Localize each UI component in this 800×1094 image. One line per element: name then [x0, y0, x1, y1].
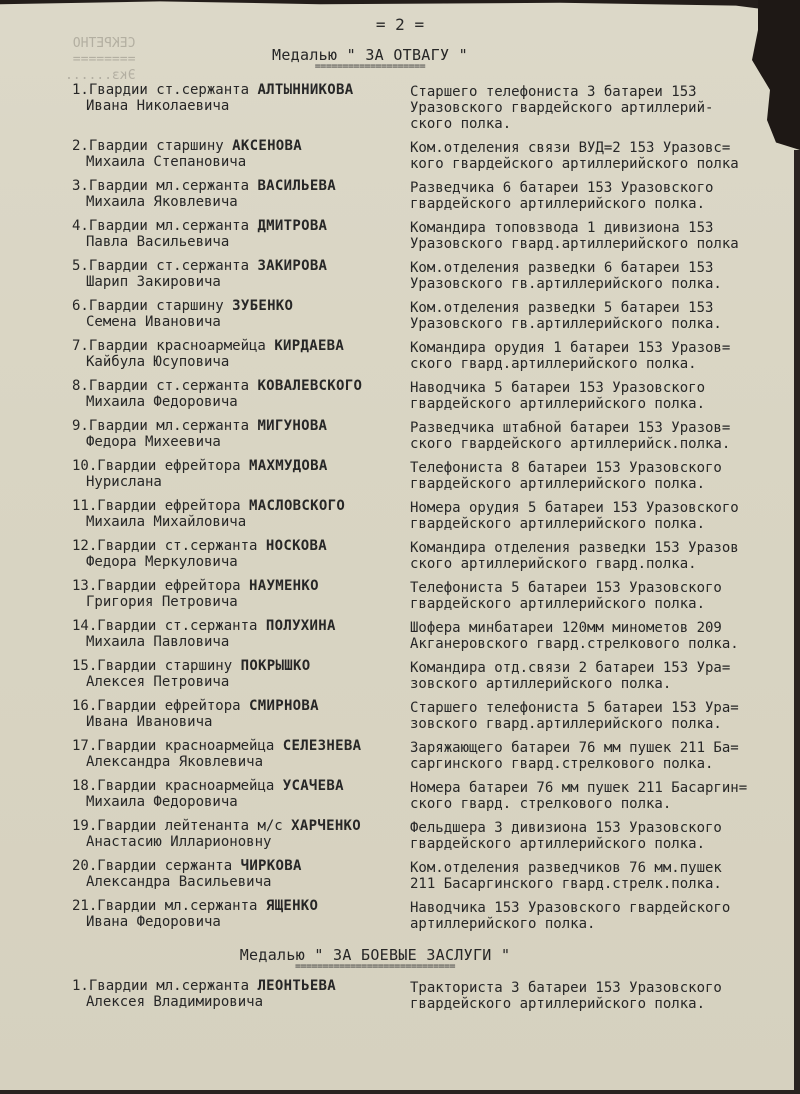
given-name: Шарип Закировича [72, 274, 412, 290]
position-description: Старшего телефониста 5 батареи 153 Ура=з… [410, 700, 800, 732]
surname: ДМИТРОВА [257, 218, 327, 234]
recipient-name: 1.Гвардии мл.сержанта ЛЕОНТЬЕВААлексея В… [72, 978, 412, 1010]
rank: Гвардии старшину [89, 138, 224, 154]
award-entry: 5.Гвардии ст.сержанта ЗАКИРОВАШарип Заки… [0, 258, 800, 298]
position-description: Наводчика 153 Уразовского гвардейскогоар… [410, 900, 800, 932]
surname: СЕЛЕЗНЕВА [283, 738, 362, 754]
entry-number: 19. [72, 818, 97, 834]
position-description: Командира отделения разведки 153 Уразовс… [410, 540, 800, 572]
position-description: Командира орудия 1 батареи 153 Уразов=ск… [410, 340, 800, 372]
surname: УСАЧЕВА [283, 778, 344, 794]
rank: Гвардии старшину [89, 298, 224, 314]
position-description: Старшего телефониста 3 батареи 153Уразов… [410, 84, 800, 132]
rank: Гвардии лейтенанта м/с [97, 818, 282, 834]
rank: Гвардии красноармейца [89, 338, 266, 354]
award-entry: 2.Гвардии старшину АКСЕНОВАМихаила Степа… [0, 138, 800, 178]
given-name: Алексея Владимировича [72, 994, 412, 1010]
surname: СМИРНОВА [249, 698, 319, 714]
rank: Гвардии красноармейца [97, 738, 274, 754]
recipient-name: 1.Гвардии ст.сержанта АЛТЫННИКОВАИвана Н… [72, 82, 412, 114]
position-description: Телефониста 5 батареи 153 Уразовскогогва… [410, 580, 800, 612]
given-name: Алексея Петровича [72, 674, 412, 690]
entry-number: 11. [72, 498, 97, 514]
given-name: Анастасию Илларионовну [72, 834, 412, 850]
rank: Гвардии мл.сержанта [97, 898, 257, 914]
entry-number: 7. [72, 338, 89, 354]
surname: МАСЛОВСКОГО [249, 498, 345, 514]
entry-number: 3. [72, 178, 89, 194]
position-description: Тракториста 3 батареи 153 Уразовскогогва… [410, 980, 800, 1012]
surname: АЛТЫННИКОВА [257, 82, 353, 98]
rank: Гвардии красноармейца [97, 778, 274, 794]
recipient-name: 2.Гвардии старшину АКСЕНОВАМихаила Степа… [72, 138, 412, 170]
position-description: Командира отд.связи 2 батареи 153 Ура=зо… [410, 660, 800, 692]
recipient-name: 5.Гвардии ст.сержанта ЗАКИРОВАШарип Заки… [72, 258, 412, 290]
recipient-name: 18.Гвардии красноармейца УСАЧЕВАМихаила … [72, 778, 412, 810]
award-entry: 10.Гвардии ефрейтора МАХМУДОВАНурисланаТ… [0, 458, 800, 498]
margin-stamp: СЕКРЕТНО ======== Экз...... [65, 36, 135, 84]
award-entry: 14.Гвардии ст.сержанта ПОЛУХИНАМихаила П… [0, 618, 800, 658]
recipient-name: 3.Гвардии мл.сержанта ВАСИЛЬЕВАМихаила Я… [72, 178, 412, 210]
entry-number: 16. [72, 698, 97, 714]
given-name: Григория Петровича [72, 594, 412, 610]
surname: МАХМУДОВА [249, 458, 328, 474]
given-name: Ивана Федоровича [72, 914, 412, 930]
title-underline: ============================= [220, 964, 530, 970]
given-name: Семена Ивановича [72, 314, 412, 330]
position-description: Разведчика штабной батареи 153 Уразов=ск… [410, 420, 800, 452]
given-name: Александра Васильевича [72, 874, 412, 890]
rank: Гвардии ст.сержанта [89, 82, 249, 98]
rank: Гвардии ефрейтора [97, 498, 240, 514]
recipient-name: 21.Гвардии мл.сержанта ЯЩЕНКОИвана Федор… [72, 898, 412, 930]
entry-number: 8. [72, 378, 89, 394]
surname: ЗУБЕНКО [232, 298, 293, 314]
entry-number: 4. [72, 218, 89, 234]
given-name: Михаила Степановича [72, 154, 412, 170]
given-name: Михаила Павловича [72, 634, 412, 650]
given-name: Михаила Федоровича [72, 794, 412, 810]
given-name: Ивана Николаевича [72, 98, 412, 114]
award-entry: 3.Гвардии мл.сержанта ВАСИЛЬЕВАМихаила Я… [0, 178, 800, 218]
position-description: Ком.отделения разведки 6 батареи 153Ураз… [410, 260, 800, 292]
given-name: Ивана Ивановича [72, 714, 412, 730]
position-description: Заряжающего батареи 76 мм пушек 211 Ба=с… [410, 740, 800, 772]
recipient-name: 16.Гвардии ефрейтора СМИРНОВАИвана Ивано… [72, 698, 412, 730]
given-name: Михаила Яковлевича [72, 194, 412, 210]
award-entry: 17.Гвардии красноармейца СЕЛЕЗНЕВААлекса… [0, 738, 800, 778]
entry-number: 9. [72, 418, 89, 434]
award-entry: 21.Гвардии мл.сержанта ЯЩЕНКОИвана Федор… [0, 898, 800, 938]
document-page: СЕКРЕТНО ======== Экз...... = 2 = Медаль… [0, 0, 800, 1094]
entry-number: 18. [72, 778, 97, 794]
award-entry: 1.Гвардии ст.сержанта АЛТЫННИКОВАИвана Н… [0, 82, 800, 122]
recipient-name: 13.Гвардии ефрейтора НАУМЕНКОГригория Пе… [72, 578, 412, 610]
award-entry: 9.Гвардии мл.сержанта МИГУНОВАФедора Мих… [0, 418, 800, 458]
recipient-name: 12.Гвардии ст.сержанта НОСКОВАФедора Мер… [72, 538, 412, 570]
recipient-name: 20.Гвардии сержанта ЧИРКОВААлександра Ва… [72, 858, 412, 890]
entry-number: 20. [72, 858, 97, 874]
position-description: Ком.отделения разведки 5 батареи 153Ураз… [410, 300, 800, 332]
award-entry: 15.Гвардии старшину ПОКРЫШКОАлексея Петр… [0, 658, 800, 698]
torn-top-edge [0, 0, 800, 14]
title-underline: ==================== [250, 64, 490, 70]
surname: ЧИРКОВА [241, 858, 302, 874]
surname: ПОЛУХИНА [266, 618, 336, 634]
rank: Гвардии ефрейтора [97, 698, 240, 714]
award-entry: 11.Гвардии ефрейтора МАСЛОВСКОГОМихаила … [0, 498, 800, 538]
recipient-name: 8.Гвардии ст.сержанта КОВАЛЕВСКОГОМихаил… [72, 378, 412, 410]
rank: Гвардии ст.сержанта [97, 618, 257, 634]
surname: ПОКРЫШКО [241, 658, 311, 674]
rank: Гвардии старшину [97, 658, 232, 674]
award-entry: 13.Гвардии ефрейтора НАУМЕНКОГригория Пе… [0, 578, 800, 618]
award-entry: 4.Гвардии мл.сержанта ДМИТРОВАПавла Васи… [0, 218, 800, 258]
surname: КОВАЛЕВСКОГО [257, 378, 362, 394]
entry-number: 21. [72, 898, 97, 914]
section-title-za-otvagu: Медалью " ЗА ОТВАГУ " ==================… [250, 46, 490, 70]
surname: ХАРЧЕНКО [291, 818, 361, 834]
recipient-name: 17.Гвардии красноармейца СЕЛЕЗНЕВААлекса… [72, 738, 412, 770]
position-description: Командира топовзвода 1 дивизиона 153Ураз… [410, 220, 800, 252]
rank: Гвардии ст.сержанта [89, 378, 249, 394]
given-name: Александра Яковлевича [72, 754, 412, 770]
page-number: = 2 = [0, 15, 800, 34]
surname: ЯЩЕНКО [266, 898, 318, 914]
entry-number: 5. [72, 258, 89, 274]
given-name: Федора Михеевича [72, 434, 412, 450]
award-entry: 1.Гвардии мл.сержанта ЛЕОНТЬЕВААлексея В… [0, 978, 800, 1018]
award-entry: 16.Гвардии ефрейтора СМИРНОВАИвана Ивано… [0, 698, 800, 738]
recipient-name: 4.Гвардии мл.сержанта ДМИТРОВАПавла Васи… [72, 218, 412, 250]
recipient-name: 6.Гвардии старшину ЗУБЕНКОСемена Иванови… [72, 298, 412, 330]
section-title-za-boevye-zaslugi: Медалью " ЗА БОЕВЫЕ ЗАСЛУГИ " ==========… [220, 946, 530, 970]
surname: ЗАКИРОВА [257, 258, 327, 274]
rank: Гвардии ст.сержанта [97, 538, 257, 554]
recipient-name: 9.Гвардии мл.сержанта МИГУНОВАФедора Мих… [72, 418, 412, 450]
award-entry: 12.Гвардии ст.сержанта НОСКОВАФедора Мер… [0, 538, 800, 578]
position-description: Шофера минбатареи 120мм минометов 209Акг… [410, 620, 800, 652]
rank: Гвардии ефрейтора [97, 578, 240, 594]
rank: Гвардии ст.сержанта [89, 258, 249, 274]
entry-number: 10. [72, 458, 97, 474]
position-description: Телефониста 8 батареи 153 Уразовскогогва… [410, 460, 800, 492]
surname: НОСКОВА [266, 538, 327, 554]
recipient-name: 14.Гвардии ст.сержанта ПОЛУХИНАМихаила П… [72, 618, 412, 650]
rank: Гвардии мл.сержанта [89, 978, 249, 994]
position-description: Наводчика 5 батареи 153 Уразовскогогвард… [410, 380, 800, 412]
award-entry: 8.Гвардии ст.сержанта КОВАЛЕВСКОГОМихаил… [0, 378, 800, 418]
given-name: Михаила Михайловича [72, 514, 412, 530]
entry-number: 17. [72, 738, 97, 754]
entry-number: 14. [72, 618, 97, 634]
entry-number: 6. [72, 298, 89, 314]
entry-number: 1. [72, 82, 89, 98]
recipient-name: 10.Гвардии ефрейтора МАХМУДОВАНурислана [72, 458, 412, 490]
position-description: Ком.отделения связи ВУД=2 153 Уразовс=ко… [410, 140, 800, 172]
award-entry: 7.Гвардии красноармейца КИРДАЕВАКайбула … [0, 338, 800, 378]
surname: АКСЕНОВА [232, 138, 302, 154]
given-name: Павла Васильевича [72, 234, 412, 250]
award-entry: 18.Гвардии красноармейца УСАЧЕВАМихаила … [0, 778, 800, 818]
given-name: Федора Меркуловича [72, 554, 412, 570]
entry-number: 2. [72, 138, 89, 154]
given-name: Кайбула Юсуповича [72, 354, 412, 370]
surname: ЛЕОНТЬЕВА [257, 978, 336, 994]
entry-number: 13. [72, 578, 97, 594]
award-entry: 6.Гвардии старшину ЗУБЕНКОСемена Иванови… [0, 298, 800, 338]
recipient-name: 19.Гвардии лейтенанта м/с ХАРЧЕНКОАнаста… [72, 818, 412, 850]
entry-number: 1. [72, 978, 89, 994]
position-description: Ком.отделения разведчиков 76 мм.пушек211… [410, 860, 800, 892]
position-description: Номера батареи 76 мм пушек 211 Басаргин=… [410, 780, 800, 812]
rank: Гвардии мл.сержанта [89, 218, 249, 234]
recipient-name: 7.Гвардии красноармейца КИРДАЕВАКайбула … [72, 338, 412, 370]
surname: МИГУНОВА [257, 418, 327, 434]
entry-number: 12. [72, 538, 97, 554]
award-entry: 20.Гвардии сержанта ЧИРКОВААлександра Ва… [0, 858, 800, 898]
rank: Гвардии сержанта [97, 858, 232, 874]
rank: Гвардии ефрейтора [97, 458, 240, 474]
position-description: Разведчика 6 батареи 153 Уразовскогогвар… [410, 180, 800, 212]
recipient-name: 15.Гвардии старшину ПОКРЫШКОАлексея Петр… [72, 658, 412, 690]
surname: КИРДАЕВА [274, 338, 344, 354]
given-name: Нурислана [72, 474, 412, 490]
position-description: Фельдшера 3 дивизиона 153 Уразовскогогва… [410, 820, 800, 852]
position-description: Номера орудия 5 батареи 153 Уразовскогог… [410, 500, 800, 532]
bottom-edge [0, 1090, 800, 1094]
surname: ВАСИЛЬЕВА [257, 178, 336, 194]
award-entry: 19.Гвардии лейтенанта м/с ХАРЧЕНКОАнаста… [0, 818, 800, 858]
given-name: Михаила Федоровича [72, 394, 412, 410]
recipient-name: 11.Гвардии ефрейтора МАСЛОВСКОГОМихаила … [72, 498, 412, 530]
surname: НАУМЕНКО [249, 578, 319, 594]
rank: Гвардии мл.сержанта [89, 418, 249, 434]
rank: Гвардии мл.сержанта [89, 178, 249, 194]
entry-number: 15. [72, 658, 97, 674]
